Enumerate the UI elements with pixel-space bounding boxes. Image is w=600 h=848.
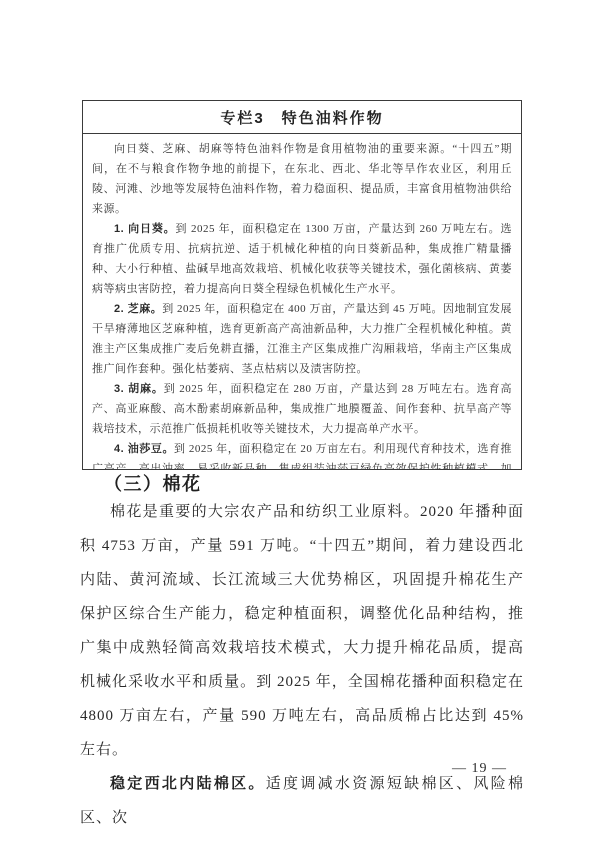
box-body: 向日葵、芝麻、胡麻等特色油料作物是食用植物油的重要来源。“十四五”期间，在不与粮… bbox=[83, 134, 521, 470]
box-item-tigernut-label: 4. 油莎豆。 bbox=[114, 443, 174, 455]
box-item-sesame: 2. 芝麻。到 2025 年，面积稳定在 400 万亩，产量达到 45 万吨。因… bbox=[92, 299, 512, 379]
cotton-paragraph-1: 棉花是重要的大宗农产品和纺织工业原料。2020 年播种面积 4753 万亩，产量… bbox=[80, 495, 524, 767]
box-item-sunflower: 1. 向日葵。到 2025 年，面积稳定在 1300 万亩，产量达到 260 万… bbox=[92, 219, 512, 299]
box-item-sunflower-label: 1. 向日葵。 bbox=[114, 223, 176, 235]
cotton-paragraph-2: 稳定西北内陆棉区。适度调减水资源短缺棉区、风险棉区、次 bbox=[80, 767, 524, 835]
page-number: — 19 — bbox=[452, 761, 507, 777]
box-title: 专栏3 特色油料作物 bbox=[83, 101, 521, 134]
box-item-flax: 3. 胡麻。到 2025 年，面积稳定在 280 万亩，产量达到 28 万吨左右… bbox=[92, 379, 512, 439]
box-intro-paragraph: 向日葵、芝麻、胡麻等特色油料作物是食用植物油的重要来源。“十四五”期间，在不与粮… bbox=[92, 139, 512, 219]
box-item-tigernut: 4. 油莎豆。到 2025 年，面积稳定在 20 万亩左右。利用现代育种技术，选… bbox=[92, 439, 512, 470]
special-oil-crops-box: 专栏3 特色油料作物 向日葵、芝麻、胡麻等特色油料作物是食用植物油的重要来源。“… bbox=[82, 100, 522, 470]
cotton-section-body: 棉花是重要的大宗农产品和纺织工业原料。2020 年播种面积 4753 万亩，产量… bbox=[80, 495, 524, 835]
section-heading-cotton: （三）棉花 bbox=[104, 470, 202, 496]
box-item-flax-label: 3. 胡麻。 bbox=[114, 383, 164, 395]
cotton-paragraph-2-lead: 稳定西北内陆棉区。 bbox=[110, 775, 266, 792]
document-page: 专栏3 特色油料作物 向日葵、芝麻、胡麻等特色油料作物是食用植物油的重要来源。“… bbox=[0, 0, 600, 848]
box-item-sesame-label: 2. 芝麻。 bbox=[114, 303, 162, 315]
